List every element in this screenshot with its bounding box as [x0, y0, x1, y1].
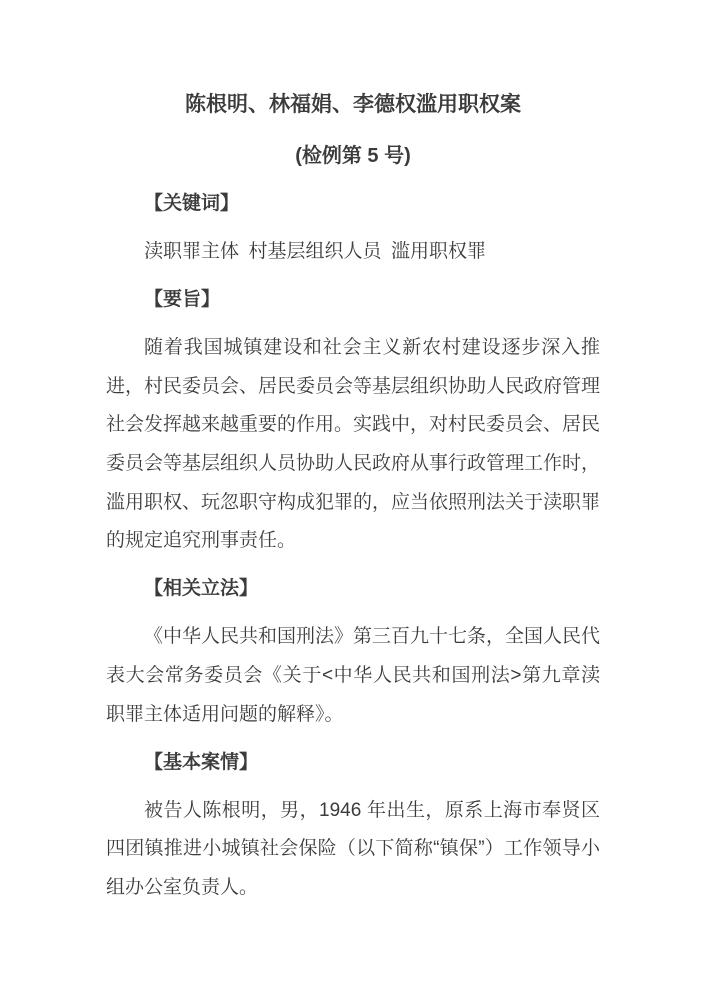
related-legislation-paragraph: 《中华人民共和国刑法》第三百九十七条，全国人民代表大会常务委员会《关于<中华人民… [106, 618, 600, 734]
section-heading-gist: 【要旨】 [106, 281, 600, 320]
keywords-text: 渎职罪主体 村基层组织人员 滥用职权罪 [106, 233, 600, 272]
section-heading-keywords: 【关键词】 [106, 185, 600, 224]
document-page: 陈根明、林福娟、李德权滥用职权案 (检例第 5 号) 【关键词】 渎职罪主体 村… [0, 0, 707, 999]
section-heading-basic-facts: 【基本案情】 [106, 744, 600, 783]
basic-facts-paragraph: 被告人陈根明，男，1946 年出生，原系上海市奉贤区四团镇推进小城镇社会保险（以… [106, 792, 600, 908]
document-title: 陈根明、林福娟、李德权滥用职权案 [106, 88, 600, 122]
section-heading-related-legislation: 【相关立法】 [106, 570, 600, 609]
case-number: (检例第 5 号) [106, 139, 600, 173]
gist-paragraph: 随着我国城镇建设和社会主义新农村建设逐步深入推进，村民委员会、居民委员会等基层组… [106, 329, 600, 561]
